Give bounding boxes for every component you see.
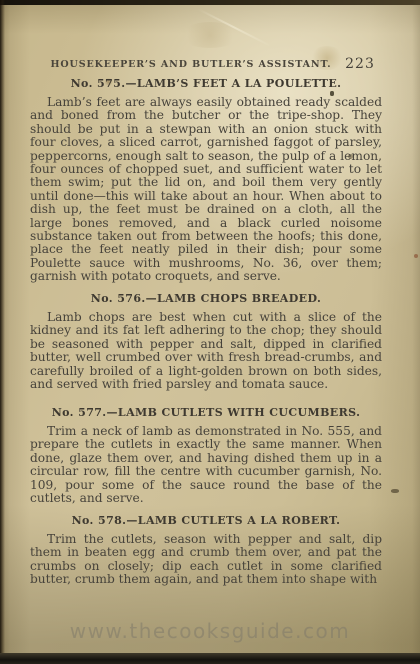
page-crease [198, 8, 270, 46]
recipe-section-576: No. 576.—LAMB CHOPS BREADED. Lamb chops … [30, 292, 382, 391]
recipe-577-body: Trim a neck of lamb as demonstrated in N… [30, 425, 382, 505]
paper-stain [391, 489, 399, 493]
recipe-section-577: No. 577.—LAMB CUTLETS WITH CUCUMBERS. Tr… [30, 406, 382, 505]
book-edge-left [0, 0, 5, 664]
recipe-575-body: Lamb’s feet are always easily obtained r… [30, 96, 382, 284]
recipe-578-heading: No. 578.—LAMB CUTLETS A LA ROBERT. [30, 514, 382, 527]
recipe-section-575: No. 575.—LAMB’S FEET A LA POULETTE. Lamb… [30, 77, 382, 284]
recipe-576-body: Lamb chops are best when cut with a slic… [30, 311, 382, 391]
book-edge-bottom [0, 653, 420, 664]
recipe-577-heading: No. 577.—LAMB CUTLETS WITH CUCUMBERS. [30, 406, 382, 419]
running-header-title: HOUSEKEEPER’S AND BUTLER’S ASSISTANT. [30, 59, 352, 70]
book-edge-top [0, 0, 420, 5]
page-edge-shadow-right [412, 0, 420, 664]
recipe-576-heading: No. 576.—LAMB CHOPS BREADED. [30, 292, 382, 305]
recipe-section-578: No. 578.—LAMB CUTLETS A LA ROBERT. Trim … [30, 514, 382, 587]
book-page-scan: HOUSEKEEPER’S AND BUTLER’S ASSISTANT. 22… [0, 0, 420, 664]
recipe-575-heading: No. 575.—LAMB’S FEET A LA POULETTE. [30, 77, 382, 90]
page-number: 223 [338, 56, 382, 72]
running-header: HOUSEKEEPER’S AND BUTLER’S ASSISTANT. 22… [30, 56, 382, 74]
recipe-578-body: Trim the cutlets, season with pepper and… [30, 533, 382, 587]
watermark: www.thecooksguide.com [0, 619, 420, 643]
